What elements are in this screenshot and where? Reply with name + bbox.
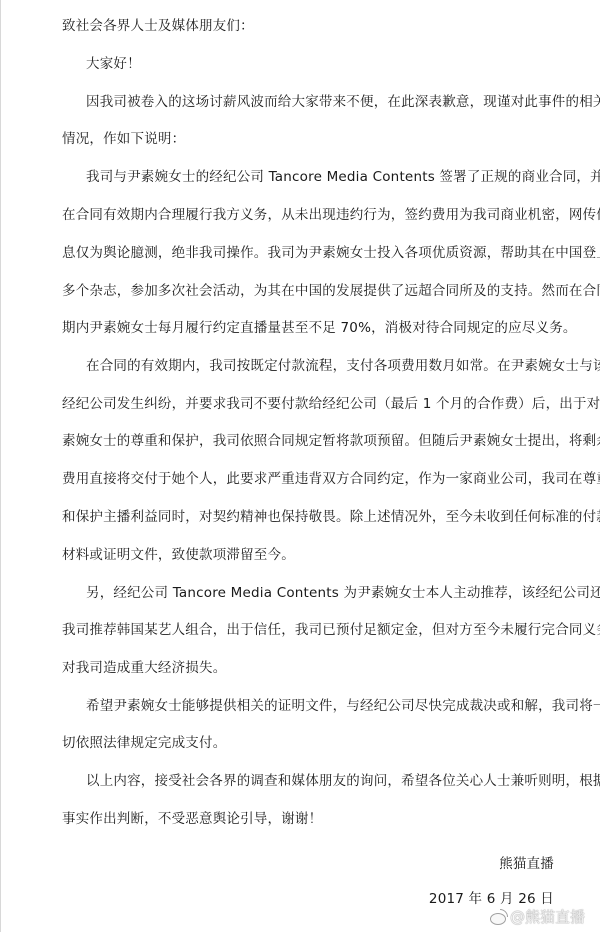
salutation: 致社会各界人士及媒体朋友们： xyxy=(62,17,254,35)
signature: 熊猫直播 xyxy=(499,855,554,873)
paragraph-line: 情况，作如下说明： xyxy=(62,130,185,148)
paragraph-line: 费用直接将交付于她个人，此要求严重违背双方合同约定，作为一家商业公司，我司在尊重 xyxy=(62,470,600,488)
greeting: 大家好！ xyxy=(86,55,141,73)
weibo-icon xyxy=(490,910,508,924)
paragraph-line: 素婉女士的尊重和保护，我司依照合同规定暂将款项预留。但随后尹素婉女士提出，将剩余 xyxy=(62,432,600,450)
paragraph-line: 在合同有效期内合理履行我方义务，从未出现违约行为，签约费用为我司商业机密，网传信 xyxy=(62,206,600,224)
paragraph-line: 以上内容，接受社会各界的调查和媒体朋友的询问，希望各位关心人士兼听则明，根据 xyxy=(86,772,600,790)
watermark-text: @熊猫直播 xyxy=(510,908,585,926)
paragraph-line: 在合同的有效期内，我司按既定付款流程，支付各项费用数月如常。在尹素婉女士与该 xyxy=(86,357,600,375)
paragraph-line: 我司推荐韩国某艺人组合，出于信任，我司已预付足额定金，但对方至今未履行完合同义务… xyxy=(62,621,600,639)
paragraph-line: 息仅为舆论臆测，绝非我司操作。我司为尹素婉女士投入各项优质资源，帮助其在中国登上 xyxy=(62,244,600,262)
paragraph-line: 和保护主播利益同时，对契约精神也保持敬畏。除上述情况外，至今未收到任何标准的付款 xyxy=(62,508,600,526)
paragraph-line: 切依照法律规定完成支付。 xyxy=(62,734,226,752)
paragraph-line: 另，经纪公司 Tancore Media Contents 为尹素婉女士本人主动… xyxy=(86,584,600,602)
paragraph-line: 经纪公司发生纠纷，并要求我司不要付款给经纪公司（最后 1 个月的合作费）后，出于… xyxy=(62,395,600,413)
paragraph-line: 因我司被卷入的这场讨薪风波而给大家带来不便，在此深表歉意，现谨对此事件的相关 xyxy=(86,93,600,111)
paragraph-line: 材料或证明文件，致使款项滞留至今。 xyxy=(62,546,295,564)
paragraph-line: 对我司造成重大经济损失。 xyxy=(62,659,226,677)
paragraph-line: 我司与尹素婉女士的经纪公司 Tancore Media Contents 签署了… xyxy=(86,168,600,186)
paragraph-line: 希望尹素婉女士能够提供相关的证明文件，与经纪公司尽快完成裁决或和解，我司将一 xyxy=(86,697,600,715)
page-left-border xyxy=(0,0,1,932)
paragraph-line: 多个杂志，参加多次社会活动，为其在中国的发展提供了远超合同所及的支持。然而在合同 xyxy=(62,282,600,300)
paragraph-line: 期内尹素婉女士每月履行约定直播量甚至不足 70%，消极对待合同规定的应尽义务。 xyxy=(62,319,577,337)
paragraph-line: 事实作出判断，不受恶意舆论引导，谢谢！ xyxy=(62,810,322,828)
weibo-watermark: @熊猫直播 xyxy=(490,906,585,927)
